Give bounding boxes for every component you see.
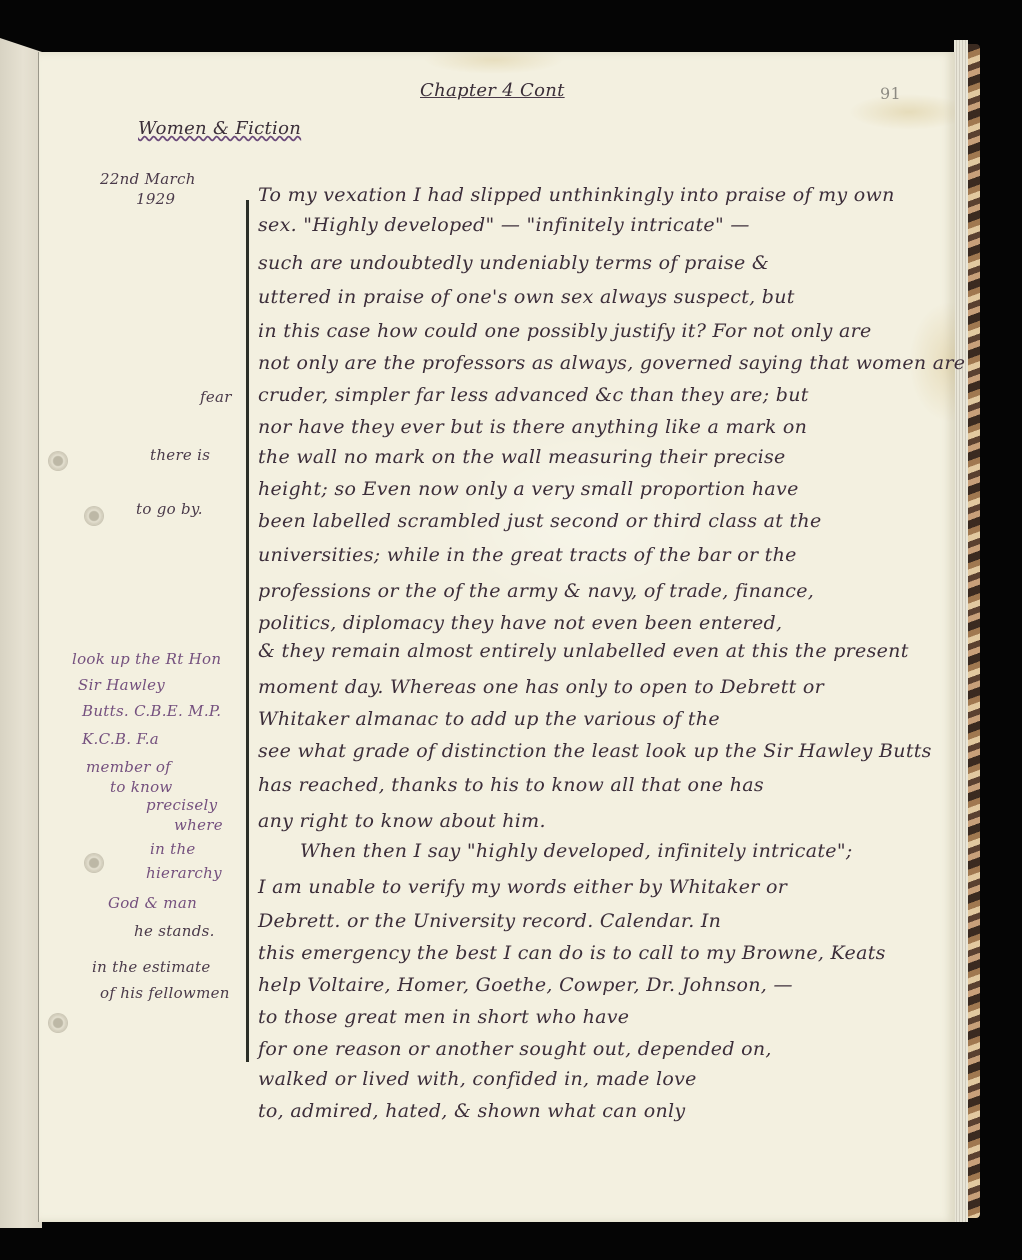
body-line: walked or lived with, confided in, made …: [258, 1068, 697, 1090]
body-line: height; so Even now only a very small pr…: [258, 478, 799, 500]
margin-note: to know: [110, 778, 173, 796]
margin-note: in the estimate: [92, 958, 211, 976]
body-line: nor have they ever but is there anything…: [258, 416, 807, 438]
margin-note: look up the Rt Hon: [72, 650, 221, 668]
body-line: universities; while in the great tracts …: [258, 544, 797, 566]
body-line: When then I say "highly developed, infin…: [300, 840, 853, 862]
body-line: to those great men in short who have: [258, 1006, 629, 1028]
chapter-heading: Chapter 4 Cont: [420, 80, 565, 101]
binding-hole-bottom: [49, 1014, 67, 1032]
marbled-book-edge: [968, 44, 980, 1218]
body-line: Whitaker almanac to add up the various o…: [258, 708, 720, 730]
body-line: & they remain almost entirely unlabelled…: [258, 640, 909, 662]
body-line: any right to know about him.: [258, 810, 546, 832]
body-line: help Voltaire, Homer, Goethe, Cowper, Dr…: [258, 974, 793, 996]
margin-note: precisely: [146, 796, 217, 814]
body-line: sex. "Highly developed" — "infinitely in…: [258, 214, 750, 236]
margin-note: of his fellowmen: [100, 984, 230, 1002]
body-line: has reached, thanks to his to know all t…: [258, 774, 764, 796]
body-line: not only are the professors as always, g…: [258, 352, 965, 374]
margin-note: he stands.: [134, 922, 215, 940]
body-line: see what grade of distinction the least …: [258, 740, 932, 762]
body-line: I am unable to verify my words either by…: [258, 876, 787, 898]
body-line: cruder, simpler far less advanced &c tha…: [258, 384, 809, 406]
body-line: this emergency the best I can do is to c…: [258, 942, 886, 964]
binding-hole-middle: [85, 507, 103, 525]
binding-hole-lower: [85, 854, 103, 872]
margin-note: where: [174, 816, 223, 834]
body-line: To my vexation I had slipped unthinkingl…: [258, 184, 895, 206]
body-line: the wall no mark on the wall measuring t…: [258, 446, 786, 468]
body-line: uttered in praise of one's own sex alway…: [258, 286, 795, 308]
body-line: to, admired, hated, & shown what can onl…: [258, 1100, 685, 1122]
document-title: Women & Fiction: [138, 118, 301, 139]
folio-number: 91: [880, 84, 901, 103]
margin-note: member of: [86, 758, 171, 776]
body-line: for one reason or another sought out, de…: [258, 1038, 772, 1060]
margin-note: Sir Hawley: [78, 676, 165, 694]
margin-note: hierarchy: [146, 864, 222, 882]
margin-note: fear: [200, 388, 232, 406]
left-facing-page: [0, 38, 42, 1228]
margin-note: in the: [150, 840, 196, 858]
body-line: politics, diplomacy they have not even b…: [258, 612, 782, 634]
binding-hole-top: [49, 452, 67, 470]
margin-rule: [246, 200, 249, 1062]
margin-note: Butts. C.B.E. M.P.: [82, 702, 221, 720]
body-line: been labelled scrambled just second or t…: [258, 510, 822, 532]
body-line: such are undoubtedly undeniably terms of…: [258, 252, 769, 274]
body-line: moment day. Whereas one has only to open…: [258, 676, 824, 698]
margin-note: to go by.: [136, 500, 203, 518]
body-line: professions or the of the army & navy, o…: [258, 580, 814, 602]
margin-note: there is: [150, 446, 210, 464]
date-line-1: 22nd March: [100, 170, 196, 188]
body-line: Debrett. or the University record. Calen…: [258, 910, 721, 932]
body-line: in this case how could one possibly just…: [258, 320, 872, 342]
margin-note: God & man: [108, 894, 197, 912]
margin-note: K.C.B. F.a: [82, 730, 159, 748]
page-edges: [954, 40, 968, 1222]
date-line-2: 1929: [136, 190, 175, 208]
